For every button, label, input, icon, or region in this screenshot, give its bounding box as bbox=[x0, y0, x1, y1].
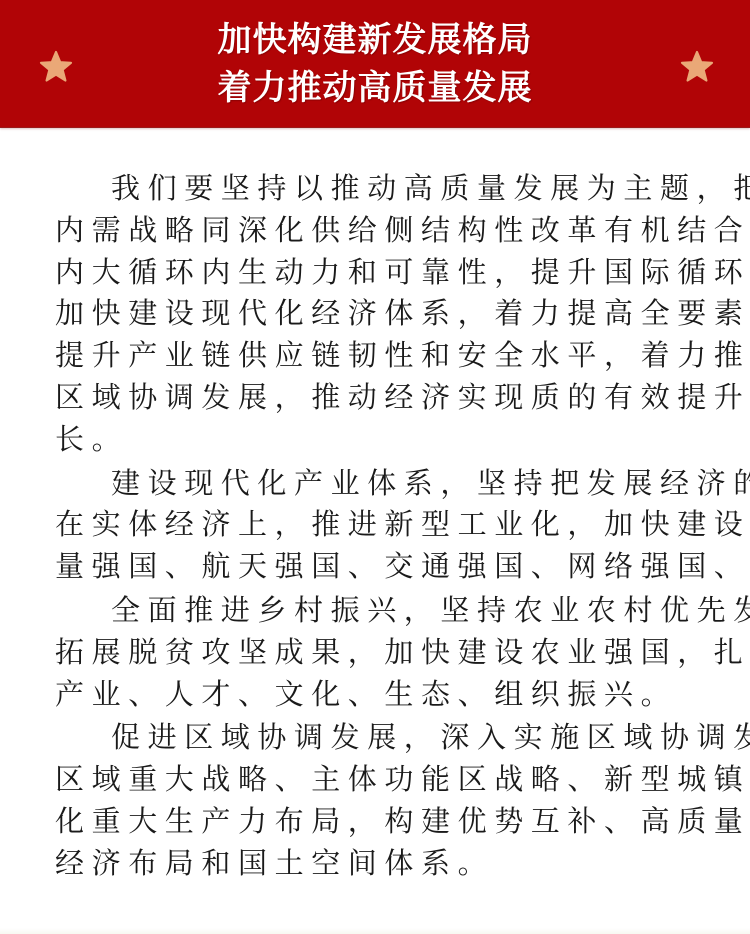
text-line: 化重大生产力布局，构建优势互补、高质量发展的区域 bbox=[55, 801, 700, 843]
bottom-divider bbox=[0, 928, 750, 934]
text-line: 经济布局和国土空间体系。 bbox=[55, 843, 700, 885]
star-icon-right-shape bbox=[679, 49, 715, 85]
text-line: 量强国、航天强国、交通强国、网络强国、数字中国。 bbox=[55, 546, 700, 588]
text-line: 区域协调发展，推动经济实现质的有效提升和量的合理增 bbox=[55, 377, 700, 419]
text-line: 拓展脱贫攻坚成果，加快建设农业强国，扎实推动乡村 bbox=[55, 632, 700, 674]
page-title: 加快构建新发展格局 着力推动高质量发展 bbox=[0, 16, 750, 112]
text-line: 促进区域协调发展，深入实施区域协调发展战略、 bbox=[55, 717, 700, 759]
text-line: 区域重大战略、主体功能区战略、新型城镇化战略，优 bbox=[55, 759, 700, 801]
star-icon bbox=[679, 49, 715, 85]
paragraph-industrial-system: 建设现代化产业体系，坚持把发展经济的着力点放 在实体经济上，推进新型工业化，加快… bbox=[55, 463, 700, 588]
title-banner: 加快构建新发展格局 着力推动高质量发展 bbox=[0, 0, 750, 128]
text-line: 我们要坚持以推动高质量发展为主题，把实施扩大 bbox=[55, 168, 700, 210]
text-line: 全面推进乡村振兴，坚持农业农村优先发展，巩固 bbox=[55, 590, 700, 632]
paragraph-domestic-demand: 我们要坚持以推动高质量发展为主题，把实施扩大 内需战略同深化供给侧结构性改革有机… bbox=[55, 168, 700, 461]
text-line: 在实体经济上，推进新型工业化，加快建设制造强国、质 bbox=[55, 504, 700, 546]
text-line: 提升产业链供应链韧性和安全水平，着力推进城乡融合和 bbox=[55, 335, 700, 377]
text-line: 内需战略同深化供给侧结构性改革有机结合起来，增强国 bbox=[55, 210, 700, 252]
title-line-1: 加快构建新发展格局 bbox=[0, 16, 750, 64]
text-line: 建设现代化产业体系，坚持把发展经济的着力点放 bbox=[55, 463, 700, 505]
paragraph-rural-revitalization: 全面推进乡村振兴，坚持农业农村优先发展，巩固 拓展脱贫攻坚成果，加快建设农业强国… bbox=[55, 590, 700, 715]
paragraph-regional-development: 促进区域协调发展，深入实施区域协调发展战略、 区域重大战略、主体功能区战略、新型… bbox=[55, 717, 700, 884]
article-body: 我们要坚持以推动高质量发展为主题，把实施扩大 内需战略同深化供给侧结构性改革有机… bbox=[55, 168, 700, 887]
title-line-2: 着力推动高质量发展 bbox=[0, 64, 750, 112]
text-line: 长。 bbox=[55, 419, 700, 461]
text-line: 内大循环内生动力和可靠性，提升国际循环质量和水平， bbox=[55, 252, 700, 294]
text-line: 产业、人才、文化、生态、组织振兴。 bbox=[55, 674, 700, 716]
text-line: 加快建设现代化经济体系，着力提高全要素生产率，着力 bbox=[55, 293, 700, 335]
